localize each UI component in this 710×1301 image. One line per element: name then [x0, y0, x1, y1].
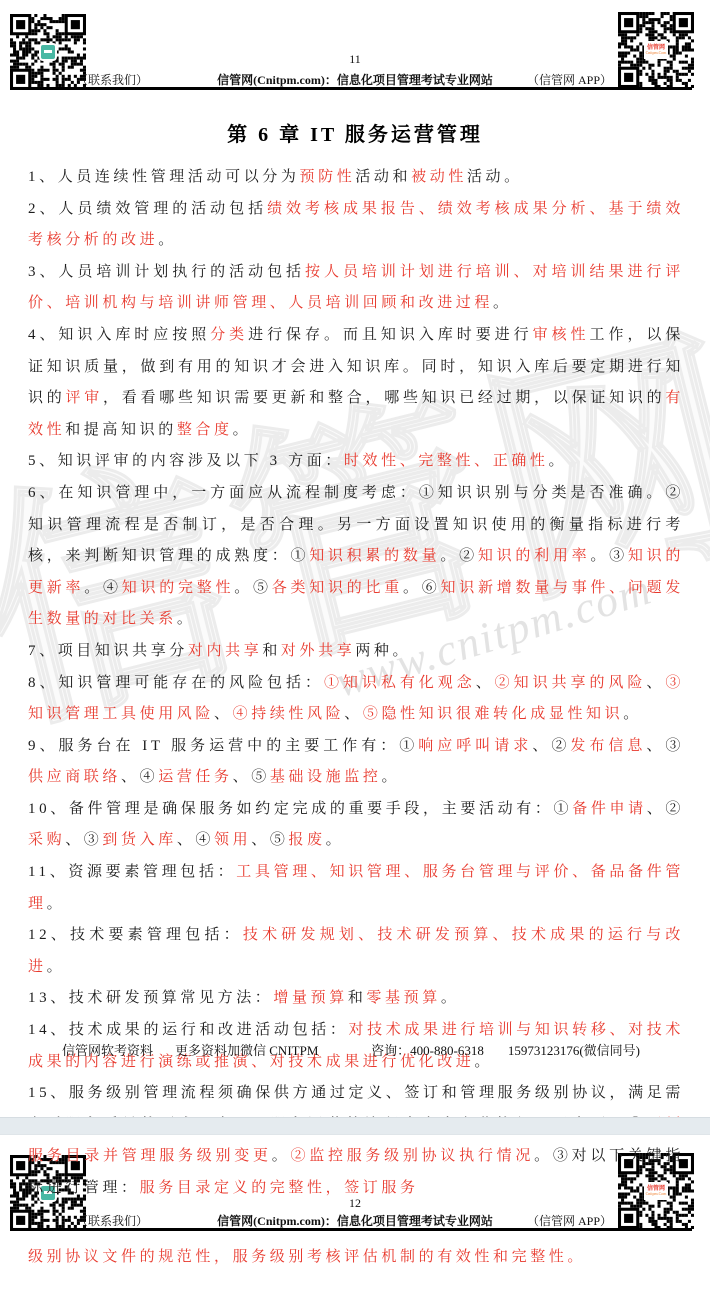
text-segment: 知识的利用率 [478, 548, 590, 564]
text-segment: 活动和 [355, 169, 411, 185]
paragraph: 13、技术研发预算常见方法：增量预算和零基预算。 [28, 983, 684, 1015]
text-segment: 。 [623, 706, 642, 722]
text-segment: 零基预算 [366, 990, 440, 1006]
paragraph: 15、服务级别管理流程须确保供方通过定义、签订和管理服务级别协议，满足需方对服务… [28, 1078, 684, 1204]
qr-code-app-top: 信管网 Cnitpm.Com [618, 12, 694, 88]
text-segment: 9、服务台在 IT 服务运营中的主要工作有：① [28, 738, 418, 754]
footer-brand: 信管网软考资料 [62, 1040, 153, 1059]
text-segment: 级别协议文件的规范性，服务级别考核评估机制的有效性和完整性。 [28, 1249, 586, 1265]
paragraph: 12、技术要素管理包括：技术研发规划、技术研发预算、技术成果的运行与改进。 [28, 920, 684, 983]
text-segment: 。④ [84, 580, 122, 596]
text-segment: 。③ [590, 548, 628, 564]
footer-mobile-phone: 15973123176(微信同号) [508, 1040, 640, 1059]
text-segment: 进行保存。而且知识入库时要进行 [248, 327, 533, 343]
text-segment: 增量预算 [273, 990, 347, 1006]
text-segment: 运营任务 [158, 769, 232, 785]
text-segment: 领用 [214, 832, 251, 848]
text-segment: 、④ [177, 832, 214, 848]
text-segment: 。 [177, 611, 196, 627]
paragraph: 6、在知识管理中，一方面应从流程制度考虑：①知识识别与分类是否准确。②知识管理流… [28, 478, 684, 636]
text-segment: 和提高知识的 [65, 422, 177, 438]
text-segment: ②知识共享的风险 [495, 675, 647, 691]
text-segment: 到货入库 [102, 832, 176, 848]
text-segment: 。 [47, 959, 66, 975]
text-segment: 被动性 [411, 169, 467, 185]
text-segment: 、② [532, 738, 570, 754]
header-divider-bottom [18, 1228, 692, 1231]
text-segment: 知识积累的数量 [309, 548, 440, 564]
qr-center-app-logo [39, 43, 57, 61]
text-segment: 8、知识管理可能存在的风险包括： [28, 675, 324, 691]
app-label-bottom[interactable]: （信管网 APP） [527, 1212, 612, 1229]
text-segment: 。 [326, 832, 345, 848]
text-segment: 5、知识评审的内容涉及以下 3 方面： [28, 453, 344, 469]
paragraph: 11、资源要素管理包括：工具管理、知识管理、服务台管理与评价、备品备件管理。 [28, 857, 684, 920]
qr-center-brand-logo: 信管网 Cnitpm.Com [644, 41, 668, 59]
text-segment: 、 [476, 675, 495, 691]
text-segment: 对内共享 [188, 643, 262, 659]
text-segment: 1、人员连续性管理活动可以分为 [28, 169, 300, 185]
text-segment: ①知识私有化观念 [324, 675, 476, 691]
text-segment: 7、项目知识共享分 [28, 643, 188, 659]
text-segment: ④持续性风险 [233, 706, 345, 722]
contact-us-label-bottom[interactable]: （联系我们） [76, 1212, 148, 1229]
text-segment: 备件申请 [572, 801, 647, 817]
text-segment: 基础设施监控 [270, 769, 382, 785]
text-segment: 、 [214, 706, 233, 722]
footer-consult-phone: 咨询：400-880-6318 [371, 1040, 484, 1059]
text-segment: 。 [441, 990, 460, 1006]
site-title-top[interactable]: 信管网(Cnitpm.com)：信息化项目管理考试专业网站 [217, 71, 493, 88]
text-segment: 。② [440, 548, 478, 564]
text-segment: 。 [272, 1148, 291, 1164]
text-segment: 发布信息 [570, 738, 646, 754]
qr-brand-url: Cnitpm.Com [646, 51, 667, 55]
page-break-separator [0, 1117, 710, 1135]
text-segment: 、 [344, 706, 363, 722]
text-segment: 。 [549, 453, 568, 469]
paragraph: 4、知识入库时应按照分类进行保存。而且知识入库时要进行审核性工作，以保证知识质量… [28, 320, 684, 446]
text-segment: 对外共享 [281, 643, 355, 659]
text-segment: 和 [348, 990, 367, 1006]
text-segment: 整合度 [177, 422, 233, 438]
paragraph: 7、项目知识共享分对内共享和对外共享两种。 [28, 636, 684, 668]
text-segment: 采购 [28, 832, 65, 848]
text-segment: 。 [493, 295, 512, 311]
text-segment: 2、人员绩效管理的活动包括 [28, 201, 267, 217]
text-segment: 、⑤ [233, 769, 270, 785]
text-segment: 响应呼叫请求 [418, 738, 532, 754]
footer-wechat: 更多资料加微信 CNITPM [175, 1040, 318, 1059]
document-page: 信管网 www.cnitpm.com 信管网 Cnitpm.Com 11 （联系… [0, 0, 710, 1301]
paragraph: 3、人员培训计划执行的活动包括按人员培训计划进行培训、对培训结果进行评价、培训机… [28, 257, 684, 320]
text-segment: 、③ [65, 832, 102, 848]
site-title-bottom[interactable]: 信管网(Cnitpm.com)：信息化项目管理考试专业网站 [217, 1212, 493, 1229]
paragraph: 1、人员连续性管理活动可以分为预防性活动和被动性活动。 [28, 162, 684, 194]
paragraph: 10、备件管理是确保服务如约定完成的重要手段，主要活动有：①备件申请、②采购、③… [28, 794, 684, 857]
text-segment: ②监控服务级别协议执行情况 [290, 1148, 534, 1164]
text-segment: 。⑥ [403, 580, 441, 596]
text-segment: 、③ [646, 738, 684, 754]
text-segment: 。 [158, 232, 177, 248]
text-segment: 。 [381, 769, 400, 785]
page-number-top: 11 [349, 52, 361, 67]
text-segment: 11、资源要素管理包括： [28, 864, 236, 880]
text-segment: 知识的完整性 [122, 580, 234, 596]
footer-info-bar: 信管网软考资料 更多资料加微信 CNITPM 咨询：400-880-6318 1… [62, 1040, 640, 1059]
text-segment: 、④ [121, 769, 158, 785]
paragraph: 8、知识管理可能存在的风险包括：①知识私有化观念、②知识共享的风险、③知识管理工… [28, 668, 684, 731]
chapter-title: 第 6 章 IT 服务运营管理 [0, 118, 710, 147]
app-label-top[interactable]: （信管网 APP） [527, 71, 612, 88]
qr-code-contact-top [10, 14, 86, 90]
text-segment: 3、人员培训计划执行的活动包括 [28, 264, 305, 280]
text-segment: 各类知识的比重 [272, 580, 403, 596]
text-segment: 时效性、完整性、正确性 [344, 453, 549, 469]
text-segment: 14、技术成果的运行和改进活动包括： [28, 1022, 349, 1038]
text-segment: 10、备件管理是确保服务如约定完成的重要手段，主要活动有：① [28, 801, 572, 817]
text-segment: 和 [262, 643, 281, 659]
paragraph: 级别协议文件的规范性，服务级别考核评估机制的有效性和完整性。 [28, 1242, 684, 1274]
text-segment: 预防性 [300, 169, 356, 185]
text-segment: 两种。 [355, 643, 411, 659]
text-segment: 评审 [66, 390, 104, 406]
paragraph: 9、服务台在 IT 服务运营中的主要工作有：①响应呼叫请求、②发布信息、③供应商… [28, 731, 684, 794]
overflow-text: 级别协议文件的规范性，服务级别考核评估机制的有效性和完整性。 [28, 1242, 684, 1274]
text-segment: 。 [233, 422, 252, 438]
paragraph: 2、人员绩效管理的活动包括绩效考核成果报告、绩效考核成果分析、基于绩效考核分析的… [28, 194, 684, 257]
text-segment: ⑤隐性知识很难转化成显性知识 [363, 706, 623, 722]
header-divider-top [18, 87, 692, 90]
text-segment: 服务目录定义的完整性，签订服务 [140, 1180, 419, 1196]
text-segment: 审核性 [533, 327, 590, 343]
text-segment: 4、知识入库时应按照 [28, 327, 210, 343]
text-segment: 报废 [288, 832, 325, 848]
text-segment: 。⑤ [234, 580, 272, 596]
text-segment: 活动。 [467, 169, 523, 185]
text-segment: 、② [647, 801, 684, 817]
text-segment: ，看看哪些知识需要更新和整合，哪些知识已经过期，以保证知识的 [103, 390, 665, 406]
text-segment: 供应商联络 [28, 769, 121, 785]
paragraph: 5、知识评审的内容涉及以下 3 方面：时效性、完整性、正确性。 [28, 446, 684, 478]
text-segment: 、 [646, 675, 665, 691]
text-segment: 。 [47, 896, 66, 912]
contact-us-label-top[interactable]: （联系我们） [76, 71, 148, 88]
text-segment: 13、技术研发预算常见方法： [28, 990, 273, 1006]
text-segment: 12、技术要素管理包括： [28, 927, 243, 943]
text-segment: 分类 [210, 327, 248, 343]
text-segment: 、⑤ [251, 832, 288, 848]
